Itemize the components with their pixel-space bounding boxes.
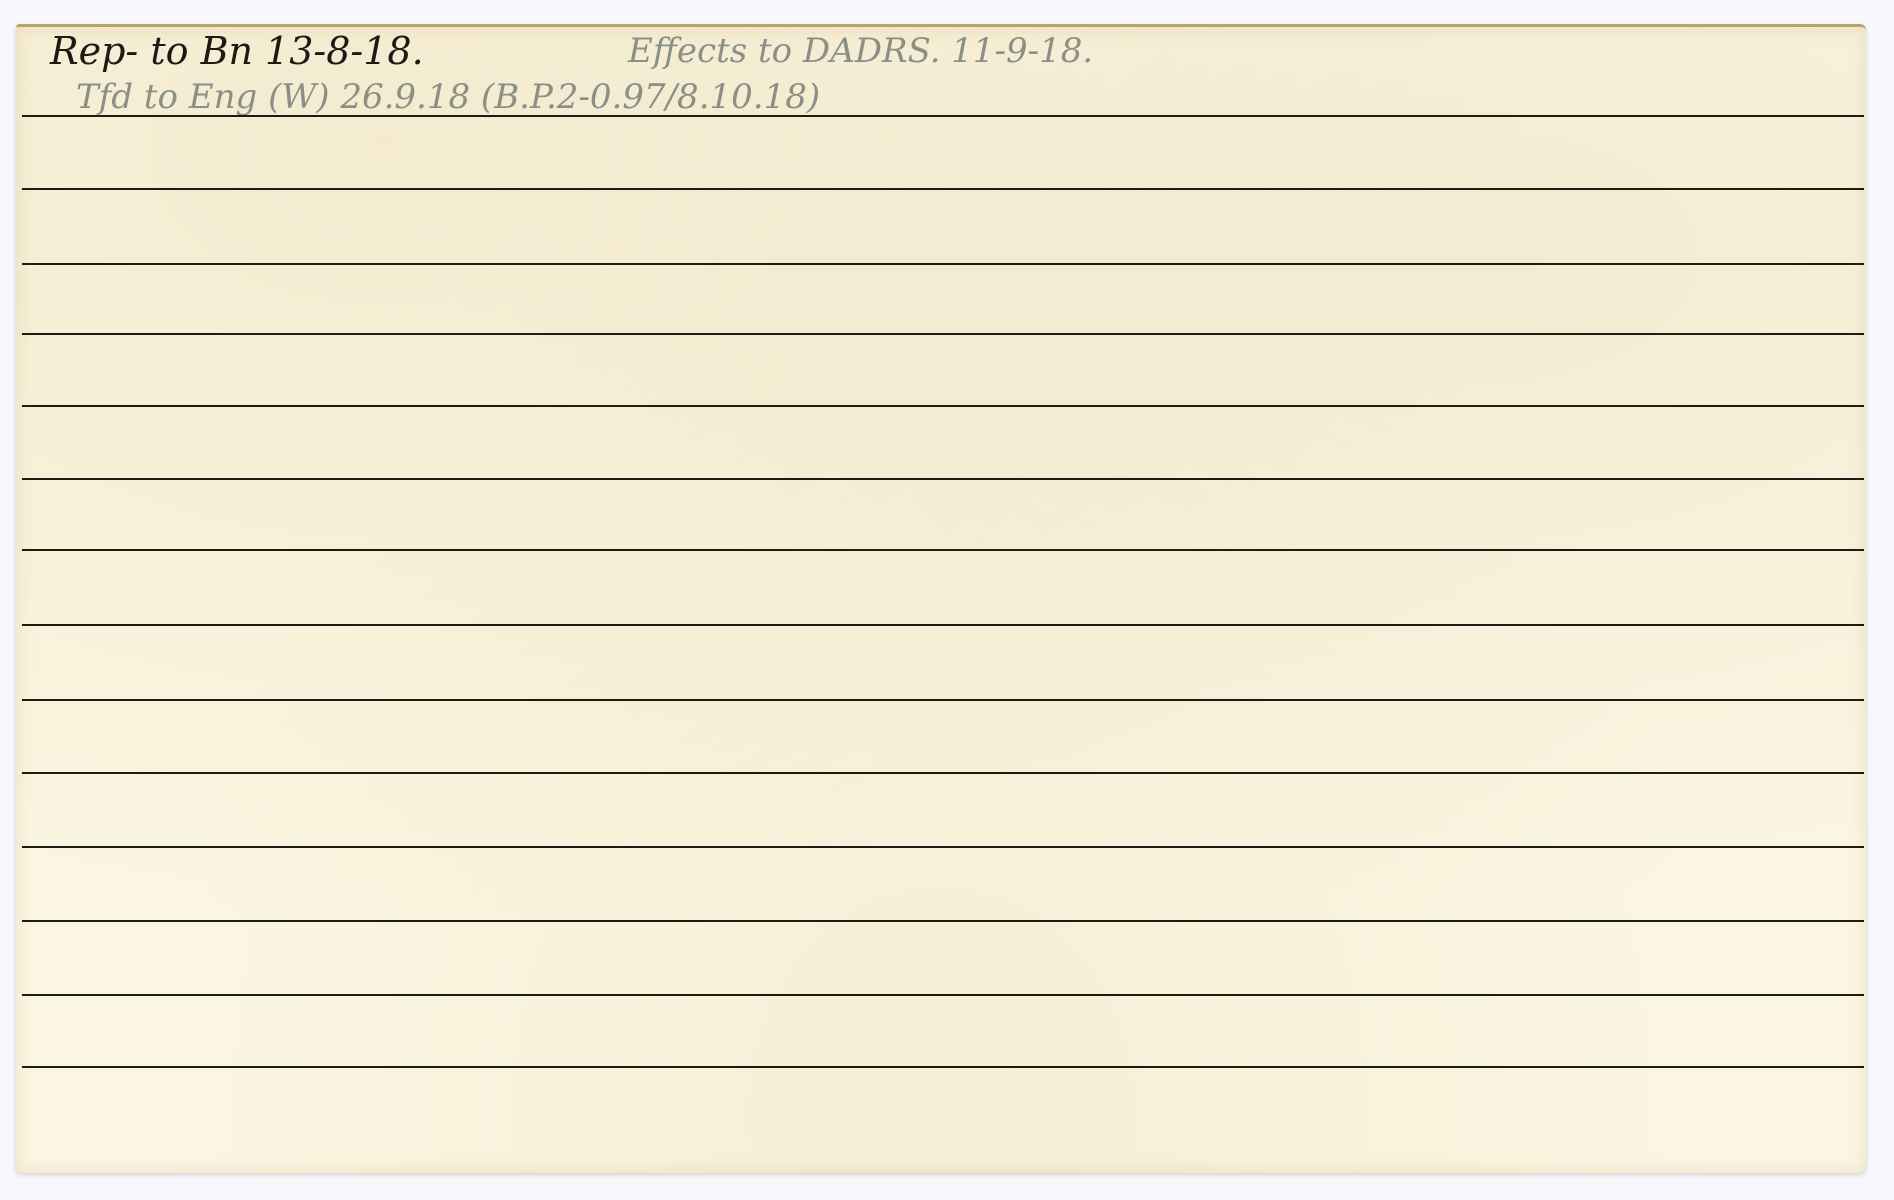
handwritten-entry-transferred: Tfd to Eng (W) 26.9.18 (B.P.2-0.97/8.10.… — [76, 77, 820, 117]
ruled-line — [22, 333, 1864, 335]
ruled-line — [22, 699, 1864, 701]
ruled-line — [22, 920, 1864, 922]
ruled-line — [22, 188, 1864, 190]
ruled-line — [22, 994, 1864, 996]
ruled-line — [22, 115, 1864, 117]
handwritten-entry-rep-to-bn: Rep- to Bn 13-8-18. — [50, 29, 424, 73]
ruled-line — [22, 549, 1864, 551]
ruled-line — [22, 263, 1864, 265]
ruled-line — [22, 478, 1864, 480]
ruled-line — [22, 772, 1864, 774]
handwritten-entry-effects: Effects to DADRS. 11-9-18. — [628, 31, 1093, 71]
record-card: Rep- to Bn 13-8-18. Effects to DADRS. 11… — [16, 24, 1866, 1173]
ruled-line — [22, 1066, 1864, 1068]
ruled-line — [22, 624, 1864, 626]
ruled-line — [22, 846, 1864, 848]
ruled-line — [22, 405, 1864, 407]
